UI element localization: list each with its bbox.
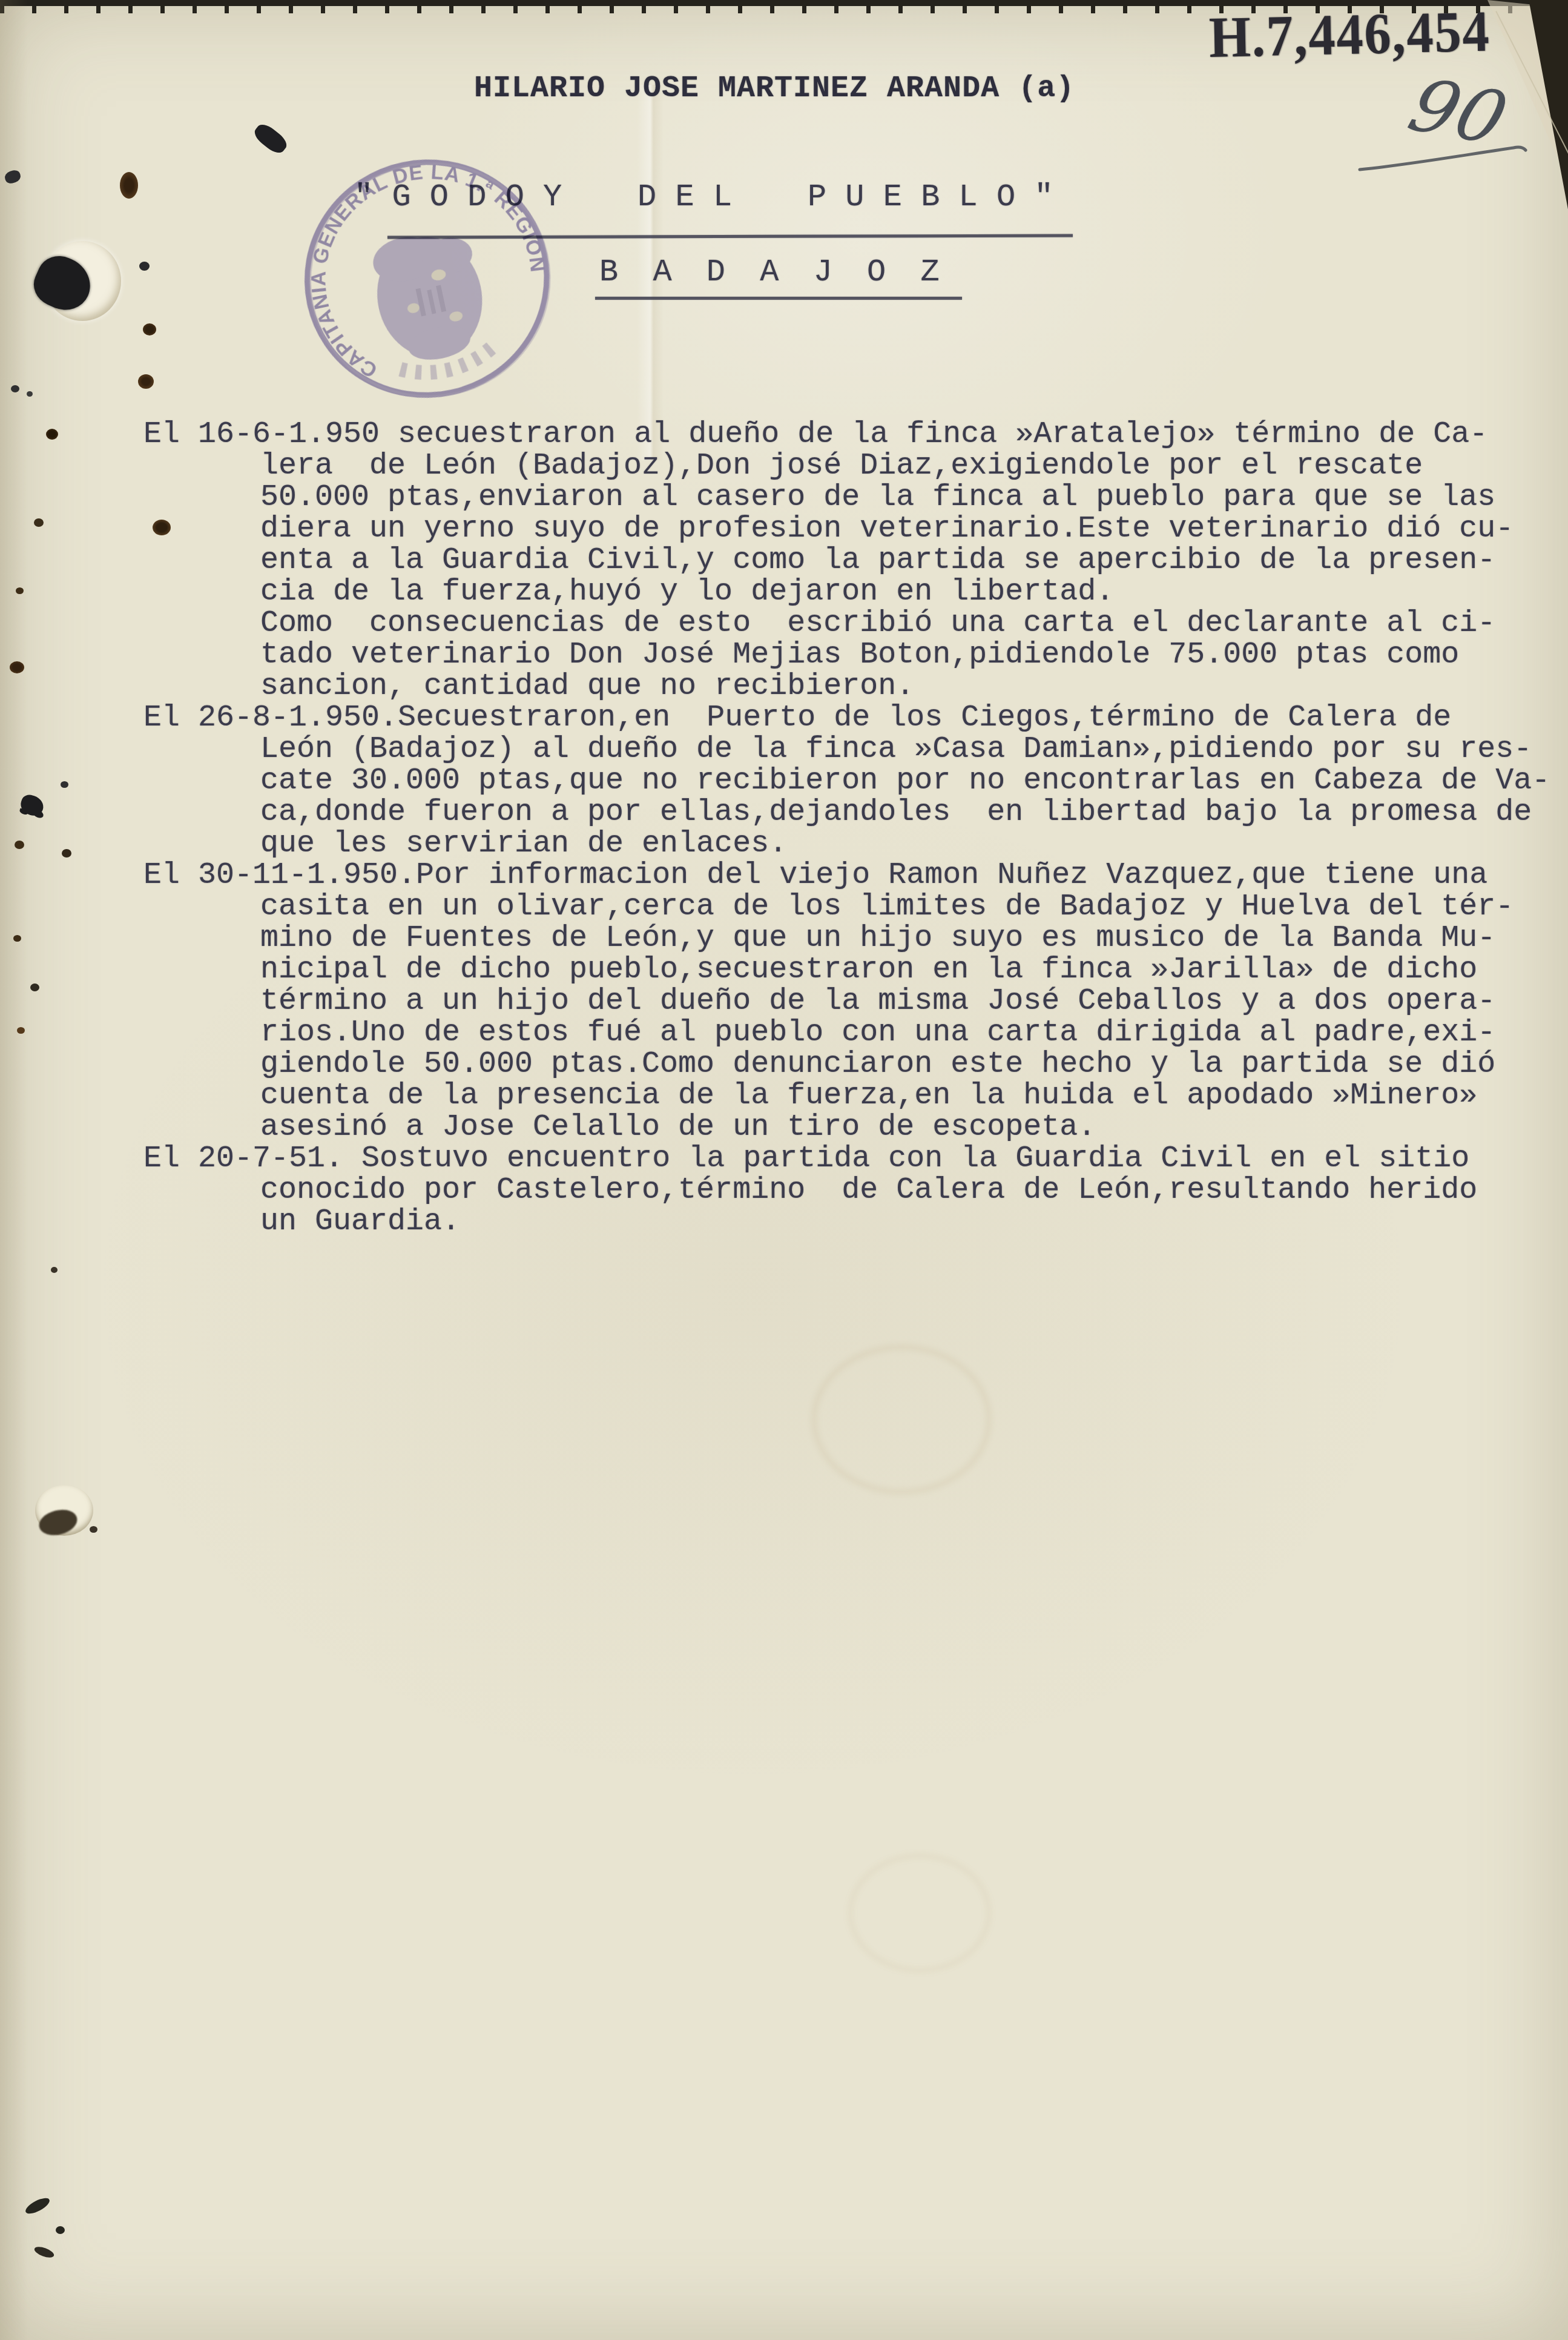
document-line: 50.000 ptas,enviaron al casero de la fin… <box>260 482 1550 514</box>
worm-hole <box>10 661 24 673</box>
document-line: nicipal de dicho pueblo,secuestraron en … <box>260 954 1550 986</box>
document-line: El 26-8-1.950.Secuestraron,en Puerto de … <box>143 702 1550 734</box>
worm-hole <box>15 841 24 849</box>
pen-flourish <box>1355 139 1537 178</box>
document-line: giendole 50.000 ptas.Como denunciaron es… <box>260 1049 1550 1080</box>
document-line: León (Badajoz) al dueño de la finca »Cas… <box>260 734 1550 765</box>
archive-reference-number: H.7,446,454 <box>1208 0 1491 71</box>
document-line: cuenta de la presencia de la fuerza,en l… <box>260 1080 1550 1112</box>
document-line: enta a la Guardia Civil,y como la partid… <box>260 545 1550 577</box>
document-line: conocido por Castelero,término de Calera… <box>260 1175 1550 1206</box>
worm-hole <box>139 262 150 271</box>
ink-mark <box>251 121 290 156</box>
document-line: asesinó a Jose Celallo de un tiro de esc… <box>260 1112 1550 1143</box>
worm-hole <box>61 781 68 788</box>
faint-stain <box>811 1344 992 1495</box>
page-left-edge <box>0 0 28 2340</box>
worm-hole <box>90 1526 97 1533</box>
worm-hole <box>30 983 39 991</box>
document-line: un Guardia. <box>260 1206 1550 1238</box>
document-line: mino de Fuentes de León,y que un hijo su… <box>260 923 1550 954</box>
document-line: diera un yerno suyo de profesion veterin… <box>260 514 1550 545</box>
worm-hole <box>13 935 21 942</box>
province-title: B A D A J O Z <box>599 254 947 290</box>
paper-crumple-hole <box>44 241 121 321</box>
paper-hole-shadow <box>36 1506 80 1539</box>
document-line: tado veterinario Don José Mejias Boton,p… <box>260 640 1550 671</box>
document-body: El 16-6-1.950 secuestraron al dueño de l… <box>143 419 1550 1238</box>
document-line: Como consecuencias de esto escribió una … <box>260 608 1550 640</box>
document-page: H.7,446,454 90 HILARIO JOSE MARTINEZ ARA… <box>0 0 1568 2340</box>
worm-hole <box>46 429 58 440</box>
document-line: El 20-7-51. Sostuvo encuentro la partida… <box>143 1143 1550 1175</box>
worm-hole <box>56 2226 65 2234</box>
edge-mark <box>33 2245 56 2260</box>
document-line: término a un hijo del dueño de la misma … <box>260 986 1550 1017</box>
paper-hole <box>35 1485 93 1536</box>
faint-stain <box>848 1853 992 1973</box>
document-line: cate 30.000 ptas,que no recibieron por n… <box>260 765 1550 797</box>
worm-hole <box>62 849 71 858</box>
province-underline <box>595 297 962 300</box>
worm-hole <box>27 391 33 397</box>
worm-hole <box>17 1027 25 1034</box>
capitania-general-stamp: CAPITANIA GENERAL DE LA 1.ª REGION <box>272 127 589 434</box>
document-line: ca,donde fueron a por ellas,dejandoles e… <box>260 797 1550 828</box>
worm-hole <box>120 172 138 199</box>
worm-hole <box>51 1267 58 1273</box>
worm-hole <box>16 587 24 594</box>
worm-hole <box>11 385 19 392</box>
document-line: El 30-11-1.950.Por informacion del viejo… <box>143 860 1550 891</box>
worm-hole <box>138 374 154 389</box>
stamp-coat-of-arms <box>366 223 494 369</box>
document-line: cia de la fuerza,huyó y lo dejaron en li… <box>260 577 1550 608</box>
document-line: rios.Uno de estos fué al pueblo con una … <box>260 1017 1550 1049</box>
document-line: lera de León (Badajoz),Don josé Diaz,exi… <box>260 451 1550 482</box>
worm-hole <box>34 518 44 527</box>
paper-crumple-core <box>27 249 99 318</box>
worm-hole <box>143 323 156 335</box>
document-line: que les servirian de enlaces. <box>260 828 1550 860</box>
document-line: casita en un olivar,cerca de los limites… <box>260 891 1550 923</box>
worm-hole <box>153 520 171 535</box>
document-title: HILARIO JOSE MARTINEZ ARANDA (a) <box>474 71 1075 106</box>
document-line: sancion, cantidad que no recibieron. <box>260 671 1550 702</box>
